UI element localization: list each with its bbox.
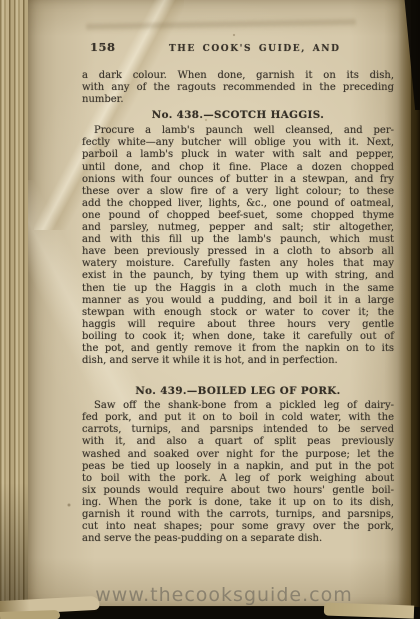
book-page-edges bbox=[0, 0, 28, 619]
section-heading: No. 439.—BOILED LEG OF PORK. bbox=[82, 385, 394, 397]
underlying-page-edge bbox=[0, 610, 60, 619]
body-sections: a dark colour. When done, garnish it on … bbox=[82, 70, 394, 545]
running-head: THE COOK'S GUIDE, AND bbox=[116, 44, 394, 54]
text-line: with it, and also a quart of split peas … bbox=[82, 436, 394, 448]
text-line: manner as you would a pudding, and boil … bbox=[82, 295, 394, 307]
text-line: six pounds would require about two hours… bbox=[82, 485, 394, 497]
section-heading: No. 438.—SCOTCH HAGGIS. bbox=[82, 109, 394, 121]
paragraph: a dark colour. When done, garnish it on … bbox=[82, 70, 394, 106]
text-line: washed and soaked over night for the pur… bbox=[82, 449, 394, 461]
text-line: stewpan with enough stock or water to co… bbox=[82, 307, 394, 319]
text-line: cut into neat shapes; pour some gravy ov… bbox=[82, 521, 394, 533]
text-line: then tie up the Haggis in a cloth much i… bbox=[82, 283, 394, 295]
book-page: 158 THE COOK'S GUIDE, AND a dark colour.… bbox=[26, 0, 411, 606]
text-line: carrots, turnips, and parsnips intended … bbox=[82, 424, 394, 436]
text-line: have been previously pressed in a cloth … bbox=[82, 246, 394, 258]
text-line: garnish it round with the carrots, turni… bbox=[82, 509, 394, 521]
text-line: add the chopped liver, lights, &c., one … bbox=[82, 198, 394, 210]
text-line: one pound of chopped beef-suet, some cho… bbox=[82, 210, 394, 222]
site-watermark: www.thecooksguide.com bbox=[0, 584, 420, 606]
text-line: Procure a lamb's paunch well cleansed, a… bbox=[82, 125, 394, 137]
text-line: with any of the ragouts recommended in t… bbox=[82, 82, 394, 94]
text-line: exist in the paunch, by tying them up wi… bbox=[82, 270, 394, 282]
paragraph: Procure a lamb's paunch well cleansed, a… bbox=[82, 125, 394, 367]
text-line: until done, and chop it fine. Place a do… bbox=[82, 162, 394, 174]
text-line: Saw off the shank-bone from a pickled le… bbox=[82, 400, 394, 412]
text-line: peas be tied up loosely in a napkin, and… bbox=[82, 461, 394, 473]
text-line: boiling to cook it; when done, take it c… bbox=[82, 331, 394, 343]
text-line: ing. When the pork is done, take it up o… bbox=[82, 497, 394, 509]
text-line: a dark colour. When done, garnish it on … bbox=[82, 70, 394, 82]
text-line: onions with four ounces of butter in a s… bbox=[82, 174, 394, 186]
paragraph: Saw off the shank-bone from a pickled le… bbox=[82, 400, 394, 545]
page-number: 158 bbox=[90, 40, 116, 54]
text-line: and parsley, nutmeg, pepper and salt; st… bbox=[82, 222, 394, 234]
text-line: to boil with the pork. A leg of pork wei… bbox=[82, 473, 394, 485]
text-line: the pot, and gently remove it from the n… bbox=[82, 343, 394, 355]
page-header: 158 THE COOK'S GUIDE, AND bbox=[82, 40, 394, 54]
scanned-book-photo: 158 THE COOK'S GUIDE, AND a dark colour.… bbox=[0, 0, 420, 619]
text-line: fed pork, and put it on to boil in cold … bbox=[82, 412, 394, 424]
text-line: parboil a lamb's pluck in water with sal… bbox=[82, 149, 394, 161]
text-line: and serve the peas-pudding on a separate… bbox=[82, 533, 394, 545]
text-line: and with this fill up the lamb's paunch,… bbox=[82, 234, 394, 246]
text-line: number. bbox=[82, 94, 394, 106]
text-line: watery moisture. Carefully fasten any ho… bbox=[82, 258, 394, 270]
text-line: haggis will require about three hours ve… bbox=[82, 319, 394, 331]
reverse-side-showthrough bbox=[86, 14, 356, 37]
text-line: these over a slow fire of a very light c… bbox=[82, 186, 394, 198]
text-line: fectly white—any butcher will oblige you… bbox=[82, 137, 394, 149]
text-line: dish, and serve it while it is hot, and … bbox=[82, 355, 394, 367]
